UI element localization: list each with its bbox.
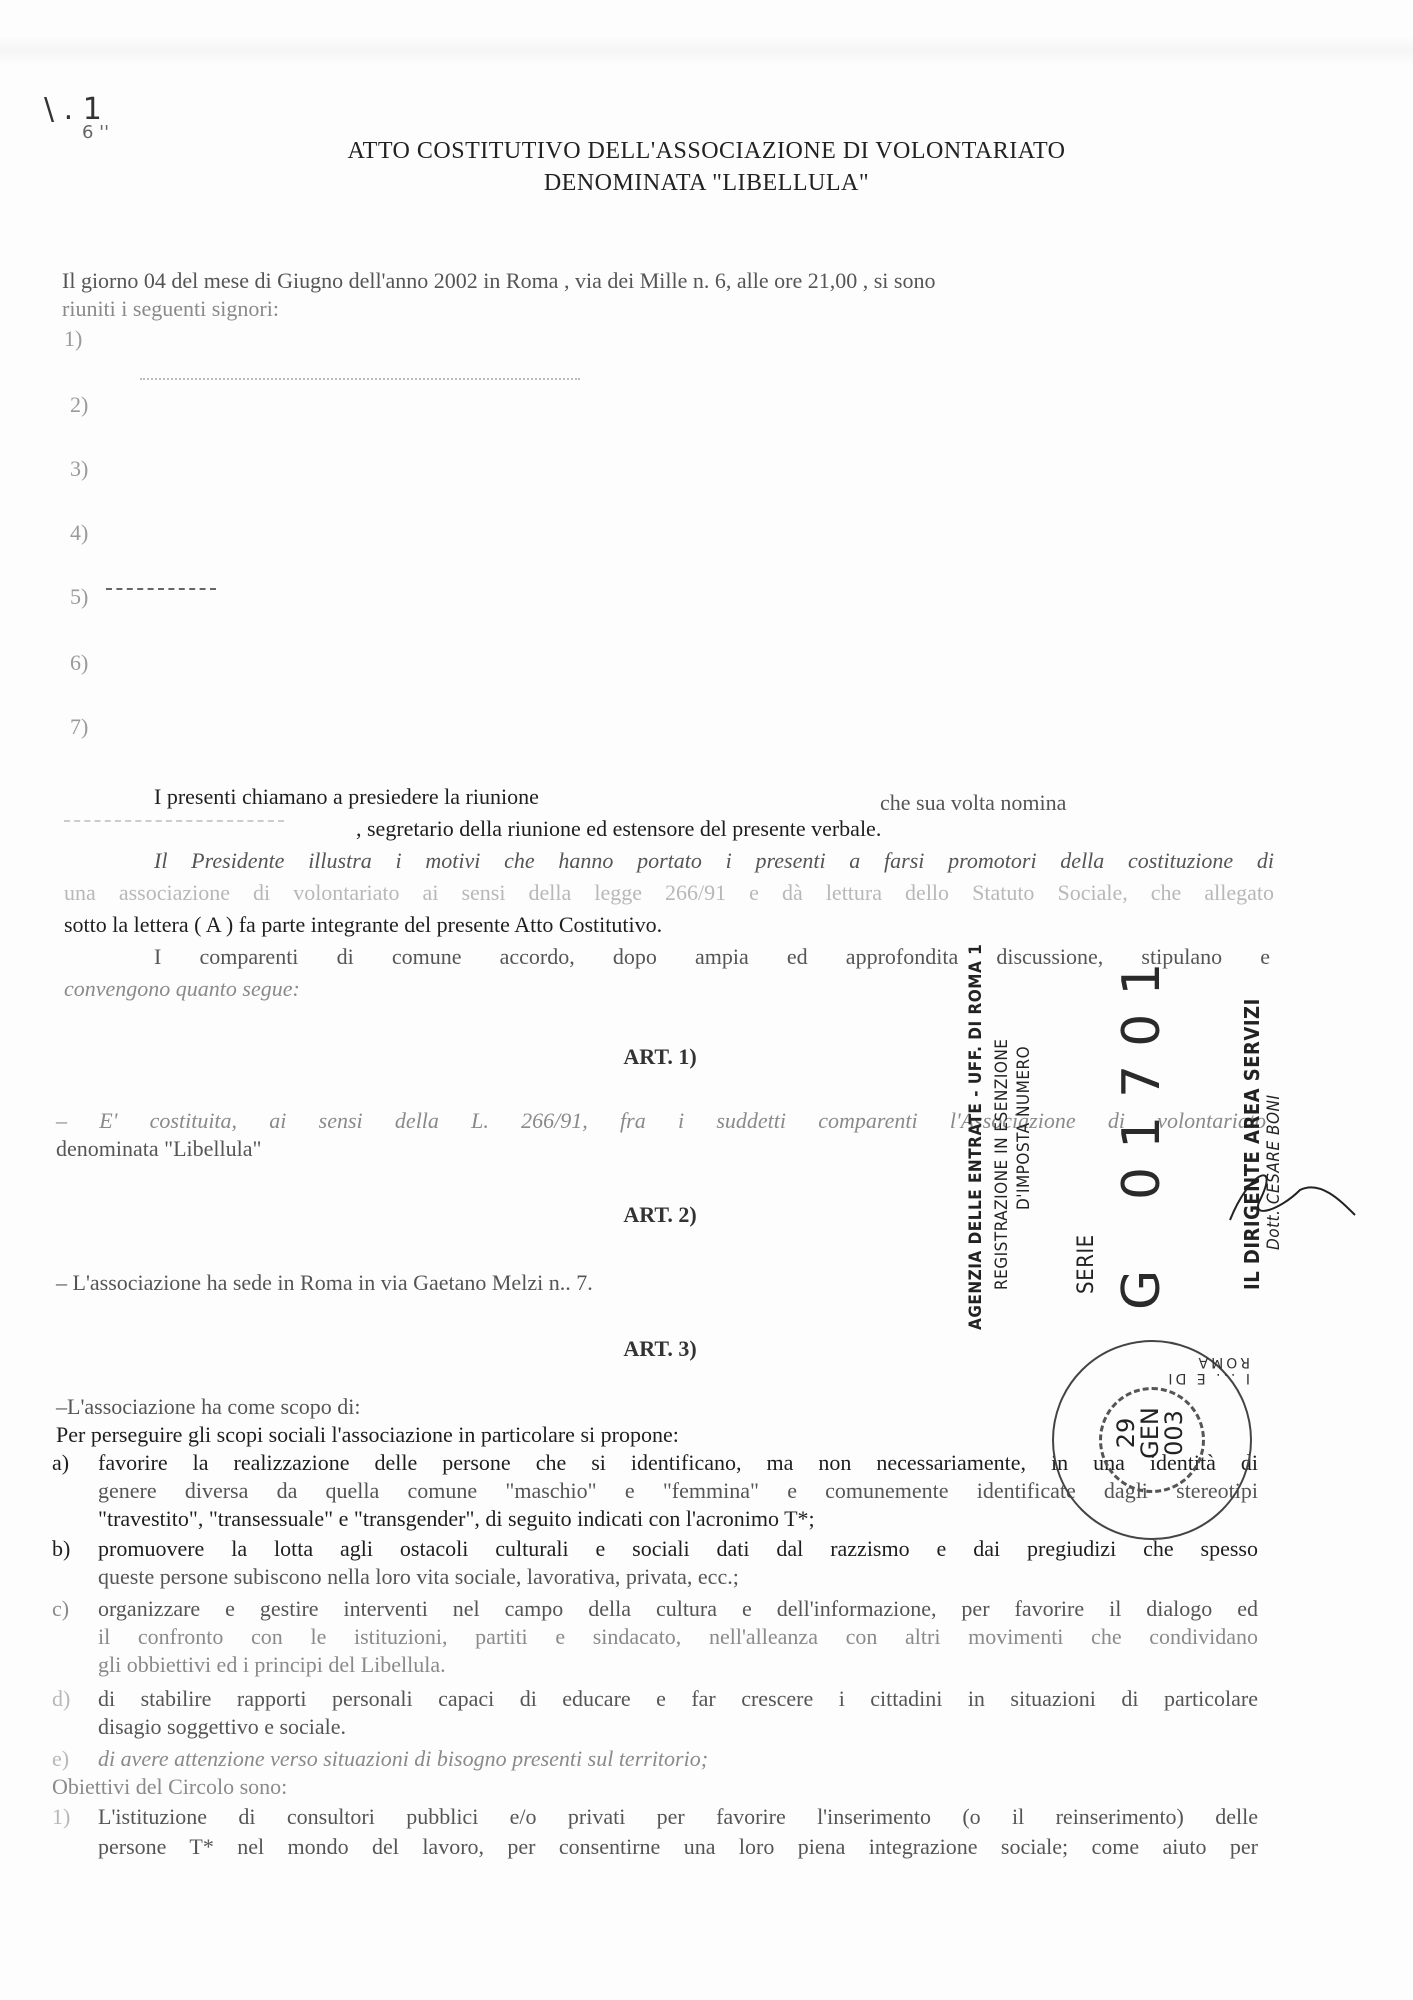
aim-label-d: d)	[52, 1686, 70, 1712]
meeting-line: una associazione di volontariato ai sens…	[64, 880, 1274, 906]
meeting-line: I comparenti di comune accordo, dopo amp…	[154, 944, 1270, 970]
aim-label-b: b)	[52, 1536, 70, 1562]
member-slot-7: 7)	[70, 714, 88, 740]
stamp-official-title: IL DIRIGENTE AREA SERVIZI	[1240, 998, 1264, 1290]
aim-b-text: promuovere la lotta agli ostacoli cultur…	[98, 1536, 1258, 1562]
stamp-agency-text: AGENZIA DELLE ENTRATE - UFF. DI ROMA 1	[966, 944, 986, 1330]
stamp-series-value: G	[1112, 1252, 1172, 1310]
aim-c-text: gli obbiettivi ed i principi del Libellu…	[98, 1652, 446, 1678]
stamp-registration-text: REGISTRAZIONE IN ESENZIONE	[992, 1039, 1012, 1290]
meeting-line: convengono quanto segue:	[64, 976, 300, 1002]
scan-artifact	[0, 36, 1413, 66]
aim-d-text: disagio soggettivo e sociale.	[98, 1714, 346, 1740]
aim-e-text: di avere attenzione verso situazioni di …	[98, 1746, 708, 1772]
aim-d-text: di stabilire rapporti personali capaci d…	[98, 1686, 1258, 1712]
aim-a-text: "travestito", "transessuale" e "transgen…	[98, 1506, 815, 1532]
meeting-line: sotto la lettera ( A ) fa parte integran…	[64, 912, 662, 938]
member-slot-4: 4)	[70, 520, 88, 546]
aim-label-e: e)	[52, 1746, 69, 1772]
meeting-line: , segretario della riunione ed estensore…	[356, 816, 881, 842]
member-slot-5: 5)	[70, 584, 88, 610]
objectives-heading: Obiettivi del Circolo sono:	[52, 1774, 287, 1800]
document-subtitle: DENOMINATA "LIBELLULA"	[0, 170, 1413, 197]
signature-icon	[1220, 1150, 1360, 1240]
intro-line: riuniti i seguenti signori:	[62, 296, 279, 322]
stamp-series-label: SERIE	[1074, 1234, 1099, 1294]
member-name-redacted	[140, 378, 580, 380]
member-name-redacted	[106, 588, 216, 590]
meeting-line: che sua volta nomina	[880, 790, 1066, 816]
article-heading-2: ART. 2)	[0, 1202, 1320, 1228]
stamp-number: 01701	[1112, 945, 1172, 1200]
secretary-name-redacted	[64, 820, 284, 822]
meeting-line: Il Presidente illustra i motivi che hann…	[154, 848, 1274, 874]
objective-1-text: persone T* nel mondo del lavoro, per con…	[98, 1834, 1258, 1860]
objective-label-1: 1)	[52, 1804, 70, 1830]
aim-c-text: organizzare e gestire interventi nel cam…	[98, 1596, 1258, 1622]
aim-b-text: queste persone subiscono nella loro vita…	[98, 1564, 739, 1590]
intro-line: Il giorno 04 del mese di Giugno dell'ann…	[62, 268, 935, 294]
member-slot-1: 1)	[64, 326, 82, 352]
stamp-ring-text: I ... E DI ROMA	[1114, 1354, 1250, 1386]
member-slot-3: 3)	[70, 456, 88, 482]
article-2-text: – L'associazione ha sede in Roma in via …	[56, 1270, 593, 1296]
aim-c-text: il confronto con le istituzioni, partiti…	[98, 1624, 1258, 1650]
objective-1-text: L'istituzione di consultori pubblici e/o…	[98, 1804, 1258, 1830]
meeting-line: I presenti chiamano a presiedere la riun…	[154, 784, 539, 810]
article-3-text: Per perseguire gli scopi sociali l'assoc…	[56, 1422, 679, 1448]
document-title: ATTO COSTITUTIVO DELL'ASSOCIAZIONE DI VO…	[0, 138, 1413, 165]
round-date-stamp: I ... E DI ROMA 29 GEN 003	[1052, 1340, 1252, 1540]
member-slot-2: 2)	[70, 392, 88, 418]
article-1-text: denominata "Libellula"	[56, 1136, 262, 1162]
member-slot-6: 6)	[70, 650, 88, 676]
aim-label-c: c)	[52, 1596, 69, 1622]
article-1-text: – E' costituita, ai sensi della L. 266/9…	[56, 1108, 1266, 1134]
stamp-date: 29 GEN 003	[1114, 1407, 1186, 1459]
stamp-tax-text: D'IMPOSTA NUMERO	[1014, 1046, 1034, 1210]
aim-label-a: a)	[52, 1450, 69, 1476]
article-3-text: –L'associazione ha come scopo di:	[56, 1394, 361, 1420]
